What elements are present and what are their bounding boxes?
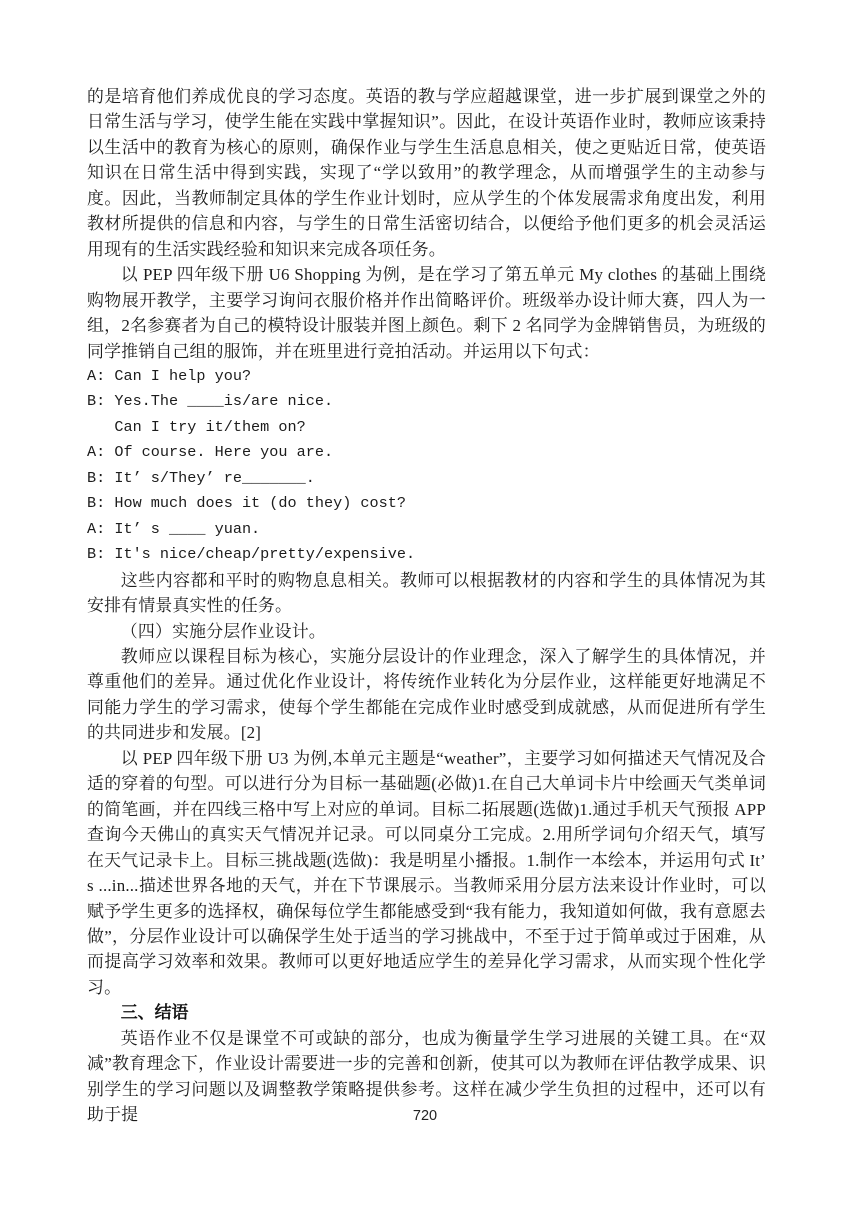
dialogue-line: A: Can I help you? <box>87 364 766 389</box>
dialogue-line: A: It’ s ____ yuan. <box>87 517 766 542</box>
paragraph-shopping-example: 以 PEP 四年级下册 U6 Shopping 为例，是在学习了第五单元 My … <box>87 262 766 364</box>
dialogue-line: B: It’ s/They’ re_______. <box>87 466 766 491</box>
dialogue-line: A: Of course. Here you are. <box>87 440 766 465</box>
dialogue-line: B: It's nice/cheap/pretty/expensive. <box>87 542 766 567</box>
page-number: 720 <box>0 1108 850 1124</box>
section-heading-conclusion: 三、结语 <box>87 1000 766 1025</box>
page-content: 的是培育他们养成优良的学习态度。英语的教与学应超越课堂，进一步扩展到课堂之外的日… <box>87 84 766 1128</box>
paragraph-continuation: 的是培育他们养成优良的学习态度。英语的教与学应超越课堂，进一步扩展到课堂之外的日… <box>87 84 766 262</box>
dialogue-line: B: How much does it (do they) cost? <box>87 491 766 516</box>
paragraph-task-authenticity: 这些内容都和平时的购物息息相关。教师可以根据教材的内容和学生的具体情况为其安排有… <box>87 568 766 619</box>
paragraph-layered-homework: 教师应以课程目标为核心，实施分层设计的作业理念，深入了解学生的具体情况，并尊重他… <box>87 644 766 746</box>
dialogue-block: A: Can I help you? B: Yes.The ____is/are… <box>87 364 766 568</box>
document-page: 的是培育他们养成优良的学习态度。英语的教与学应超越课堂，进一步扩展到课堂之外的日… <box>0 0 850 1205</box>
subsection-heading-four: （四）实施分层作业设计。 <box>87 619 766 644</box>
dialogue-line: Can I try it/them on? <box>87 415 766 440</box>
paragraph-weather-example: 以 PEP 四年级下册 U3 为例,本单元主题是“weather”，主要学习如何… <box>87 746 766 1001</box>
dialogue-line: B: Yes.The ____is/are nice. <box>87 389 766 414</box>
